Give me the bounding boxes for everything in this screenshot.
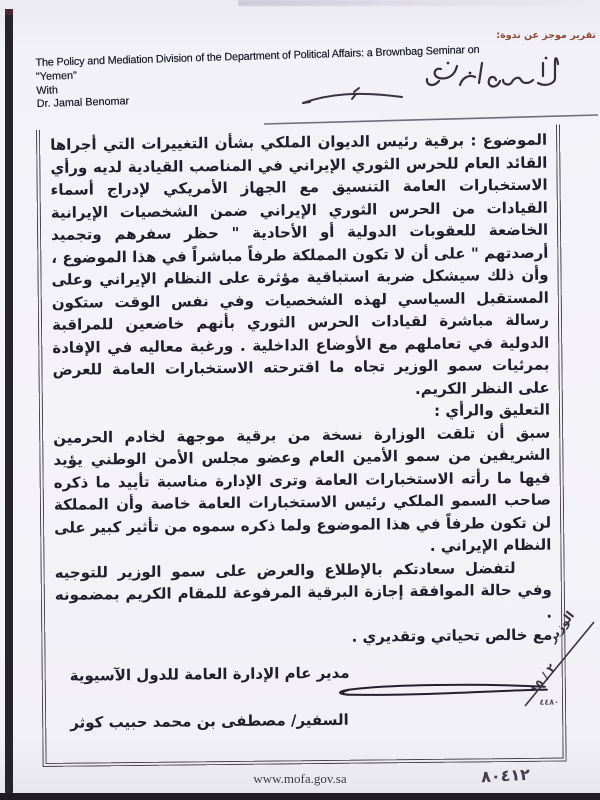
scan-artifact-top bbox=[238, 0, 600, 6]
closing-paragraph: لتفضل سعادتكم بالإطلاع والعرض على سمو ال… bbox=[55, 556, 553, 629]
document-frame: الموضوع : برقية رئيس الديوان الملكي بشأن… bbox=[36, 125, 567, 767]
subject-label: الموضوع : bbox=[464, 131, 547, 150]
handwritten-note bbox=[412, 54, 564, 100]
scan-edge-strip-bottom bbox=[0, 793, 600, 800]
subject-paragraph: الموضوع : برقية رئيس الديوان الملكي بشأن… bbox=[50, 129, 550, 404]
handwritten-referral: الوزير ٢ / ١٥ bbox=[519, 596, 600, 716]
referral-to-text: الوزير bbox=[544, 608, 578, 646]
subject-text: برقية رئيس الديوان الملكي بشأن التغييرات… bbox=[50, 132, 550, 398]
signature-name: السفير/ مصطفى بن محمد حبيب كوثر bbox=[56, 707, 553, 735]
squiggle-arrow bbox=[298, 84, 410, 110]
referral-date-text: ٢ / ١٥ bbox=[527, 661, 559, 696]
scan-edge-strip-left bbox=[5, 9, 13, 793]
scanned-document-page: تقرير موجز عن ندوة: The Policy and Media… bbox=[0, 0, 600, 800]
handwritten-page-number: ٨٠٤١٢ bbox=[481, 765, 531, 787]
salutation-line: مع خالص تحياتي وتقديري . bbox=[55, 624, 552, 652]
comment-paragraph: سبق أن تلقت الوزارة نسخة من برقية موجهة … bbox=[53, 421, 551, 561]
report-type-label: تقرير موجز عن ندوة: bbox=[496, 30, 596, 41]
